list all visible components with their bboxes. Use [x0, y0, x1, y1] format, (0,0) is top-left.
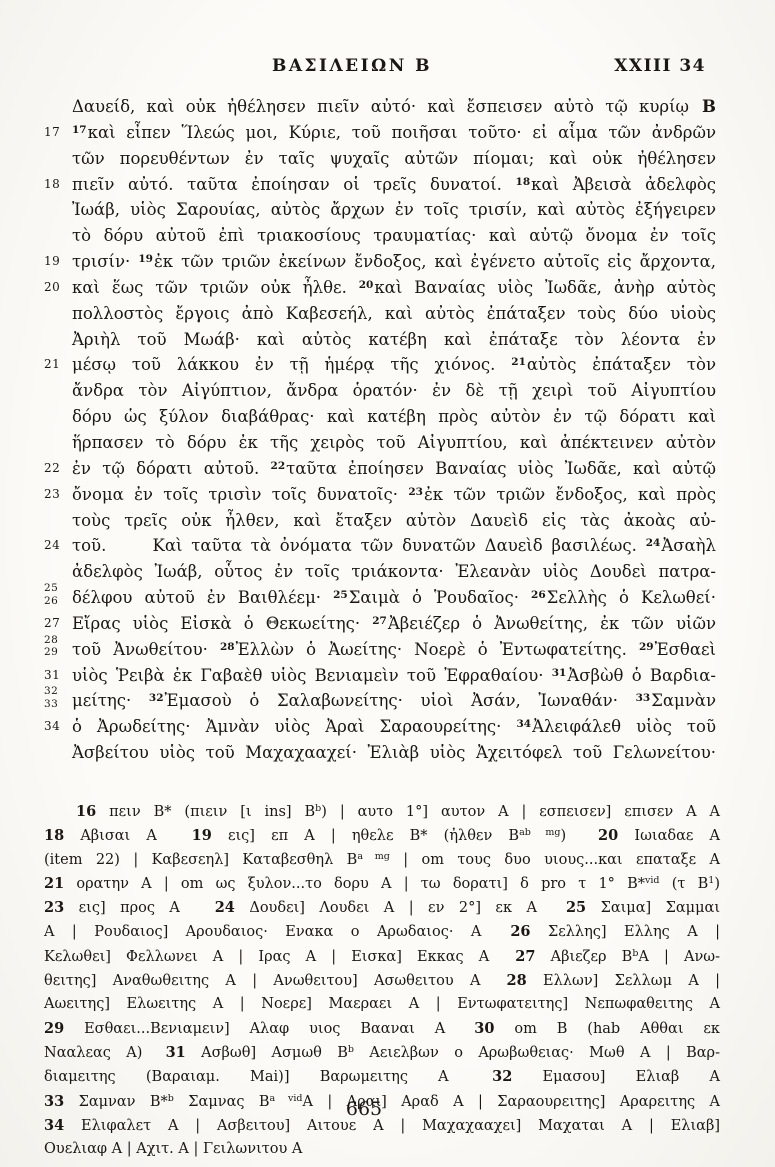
apparatus-line: Νααλεας Α)31 Ασβωθ] Ασμωθ Βb Αειελβων ο … — [44, 1041, 720, 1065]
superscript-note: 29 — [639, 641, 654, 653]
superscript-note: 17 — [72, 124, 87, 136]
superscript-note: 32 — [149, 692, 164, 704]
margin-verse-number: 24 — [44, 534, 70, 556]
greek-text-line: Ἀσβείτου υἱὸς τοῦ Μαχαχααχεί· Ἐλιὰβ υἱὸς… — [72, 740, 716, 766]
greek-text-line: 3233μείτης· 32Ἐμασοὺ ὁ Σαλαβωνείτης· υἱο… — [72, 688, 716, 714]
greek-text-line: 27Εἴρας υἱὸς Εἰσκὰ ὁ Θεκωείτης· 27Ἀβειέζ… — [72, 611, 716, 637]
greek-text-line: τὸ δόρυ αὐτοῦ ἐπὶ τριακοσίους τραυματίας… — [72, 223, 716, 249]
apparatus-verse-number: 31 — [166, 1044, 186, 1061]
superscript-note: 26 — [531, 589, 546, 601]
entry-gap — [481, 935, 510, 936]
apparatus-line: 18 Αβισαι Α19 εις] επ Α | ηθελε Β* (ἠλθε… — [44, 824, 720, 848]
superscript-note: b — [632, 948, 638, 959]
apparatus-line: 29 Εσθαει...Βενιαμειν] Αλαφ υιος Βααναι … — [44, 1017, 720, 1041]
margin-verse-number: 18 — [44, 173, 70, 195]
superscript-note: 1 — [708, 875, 714, 886]
apparatus-verse-number: 29 — [44, 1020, 64, 1037]
apparatus-line: 16 πειν Β* (πιειν [ι ins] Βb) | αυτο 1°]… — [44, 800, 720, 824]
apparatus-verse-number: 25 — [566, 899, 586, 916]
apparatus-line: (item 22) | Καβεσεηλ] Καταβεσθηλ Βa mg |… — [44, 849, 720, 872]
superscript-note: 34 — [516, 718, 531, 730]
margin-verse-number: 2526 — [44, 582, 70, 607]
book-title: ΒΑΣΙΛΕΙΩΝ Β — [14, 56, 690, 76]
entry-gap — [180, 911, 215, 912]
margin-verse-number: 19 — [44, 250, 70, 272]
entry-gap — [480, 984, 506, 985]
margin-verse-number: 22 — [44, 457, 70, 479]
apparatus-line: Κελωθει] Φελλωνει Α | Ιρας Α | Εισκα] Εκ… — [44, 945, 720, 969]
apparatus-verse-number: 27 — [515, 948, 535, 965]
greek-text-line: ἄνδρα τὸν Αἰγύπτιον, ἄνδρα ὁρατόν· ἐν δὲ… — [72, 378, 716, 404]
greek-text-line: 34ὁ Ἀρωδείτης· Ἀμνὰν υἱὸς Ἀραὶ Σαραουρεί… — [72, 714, 716, 740]
superscript-note: 24 — [646, 537, 661, 549]
superscript-note: 22 — [271, 460, 286, 472]
entry-gap — [537, 911, 566, 912]
margin-verse-number: 23 — [44, 483, 70, 505]
margin-verse-number: 21 — [44, 353, 70, 375]
greek-text-line: 2526δέλφου αὐτοῦ ἐν Βαιθλέεμ· 25Σαιμὰ ὁ … — [72, 585, 716, 611]
greek-text-line: Ἰωάβ, υἱὸς Σαρουίας, αὐτὸς ἄρχων ἐν τοῖς… — [72, 197, 716, 223]
entry-gap — [106, 550, 152, 551]
apparatus-verse-number: 18 — [44, 827, 64, 844]
manuscript-siglum: Β — [702, 94, 716, 120]
greek-text-line: 1717καὶ εἶπεν Ἵλεώς μοι, Κύριε, τοῦ ποιῆ… — [72, 120, 716, 146]
apparatus-verse-number: 32 — [492, 1068, 512, 1085]
greek-text-line: ἀδελφὸς Ἰωάβ, οὗτος ἐν τοῖς τριάκοντα· Ἐ… — [72, 559, 716, 585]
apparatus-line: Α | Ρουδαιος] Αρουδαιος· Ενακα ο Αρωδαιο… — [44, 920, 720, 944]
apparatus-line: Αωειτης] Ελωειτης Α | Νοερε] Μαεραει Α |… — [44, 993, 720, 1016]
margin-verse-number: 31 — [44, 664, 70, 686]
superscript-note: ab mg — [519, 827, 560, 838]
greek-text-line: τοὺς τρεῖς οὐκ ἦλθεν, καὶ ἔταξεν αὐτὸν Δ… — [72, 508, 716, 534]
greek-text-line: 31υἱὸς Ῥειβὰ ἐκ Γαβαὲθ υἱὸς Βενιαμεὶν το… — [72, 663, 716, 689]
greek-text-line: 24τοῦ.Καὶ ταῦτα τὰ ὀνόματα τῶν δυνατῶν Δ… — [72, 533, 716, 559]
superscript-note: 33 — [636, 692, 651, 704]
page-footer: 665 — [26, 1098, 702, 1120]
apparatus-verse-number: 23 — [44, 899, 64, 916]
superscript-note: 21 — [511, 356, 526, 368]
superscript-note: 25 — [333, 589, 348, 601]
entry-gap — [449, 1080, 493, 1081]
greek-text-line: πολλοστὸς ἔργοις ἀπὸ Καβεσεήλ, καὶ αὐτὸς… — [72, 301, 716, 327]
apparatus-verse-number: 26 — [510, 923, 530, 940]
superscript-note: 18 — [516, 176, 531, 188]
apparatus-line: 21 ορατην Α | om ως ξυλον...το δορυ Α | … — [44, 872, 720, 896]
greek-text-line: 21μέσῳ τοῦ λάκκου ἐν τῇ ἡμέρᾳ τῆς χιόνος… — [72, 352, 716, 378]
margin-verse-number: 27 — [44, 612, 70, 634]
apparatus-verse-number: 21 — [44, 875, 64, 892]
greek-text-line: Δαυείδ, καὶ οὐκ ἠθέλησεν πιεῖν αὐτό· καὶ… — [72, 94, 716, 120]
apparatus-verse-number: 28 — [507, 972, 527, 989]
superscript-note: 28 — [220, 641, 235, 653]
apparatus-line: θειτης] Αναθωθειτης Α | Ανωθειτου] Ασωθε… — [44, 969, 720, 993]
superscript-note: 31 — [552, 667, 567, 679]
margin-verse-number: 20 — [44, 276, 70, 298]
apparatus-verse-number: 19 — [192, 827, 212, 844]
superscript-note: b — [315, 803, 321, 814]
greek-text-line: 22ἐν τῷ δόρατι αὐτοῦ. 22ταῦτα ἐποίησεν Β… — [72, 456, 716, 482]
greek-text-line: δόρυ ὡς ξύλον διαβάθρας· καὶ κατέβη πρὸς… — [72, 404, 716, 430]
entry-gap — [445, 1032, 474, 1033]
greek-text-line: 20καὶ ἕως τῶν τριῶν οὐκ ἦλθε. 20καὶ Βανα… — [72, 275, 716, 301]
chapter-verse-reference: XXIII 34 — [614, 56, 706, 76]
greek-text-line: 18πιεῖν αὐτό. ταῦτα ἐποίησαν οἱ τρεῖς δυ… — [72, 172, 716, 198]
superscript-note: 23 — [408, 486, 423, 498]
apparatus-verse-number: 24 — [215, 899, 235, 916]
greek-text-line: ἥρπασεν τὸ δόρυ ἐκ τῆς χειρὸς τοῦ Αἰγυπτ… — [72, 430, 716, 456]
running-header: ΒΑΣΙΛΕΙΩΝ Β XXIII 34 — [44, 56, 720, 80]
page-number: 665 — [346, 1098, 382, 1120]
margin-verse-number: 17 — [44, 121, 70, 143]
apparatus-verse-number: 16 — [76, 803, 96, 820]
greek-text-line: 19τρισίν· 19ἐκ τῶν τριῶν ἐκείνων ἔνδοξος… — [72, 249, 716, 275]
superscript-note: 27 — [372, 615, 387, 627]
margin-verse-number: 3233 — [44, 685, 70, 710]
greek-text-line: Ἀριὴλ τοῦ Μωάβ· καὶ αὐτὸς κατέβη καὶ ἐπά… — [72, 327, 716, 353]
entry-gap — [142, 1056, 165, 1057]
margin-verse-number: 34 — [44, 715, 70, 737]
greek-text-line: 23ὄνομα ἐν τοῖς τρισὶν τοῖς δυνατοῖς· 23… — [72, 482, 716, 508]
greek-text-line: τῶν πορευθέντων ἐν ταῖς ψυχαῖς αὐτῶν πίο… — [72, 146, 716, 172]
entry-gap — [566, 839, 598, 840]
apparatus-line: διαμειτης (Βαραιαμ. Mai)] Βαρωμειτης Α32… — [44, 1065, 720, 1089]
apparatus-verse-number: 20 — [598, 827, 618, 844]
apparatus-line: Ουελιαφ Α | Αχιτ. Α | Γειλωνιτου Α — [44, 1138, 720, 1161]
greek-main-text: Δαυείδ, καὶ οὐκ ἠθέλησεν πιεῖν αὐτό· καὶ… — [72, 94, 716, 766]
greek-text-line: 2829τοῦ Ἀνωθείτου· 28Ἐλλὼν ὁ Ἀωείτης· Νο… — [72, 637, 716, 663]
margin-verse-number: 2829 — [44, 634, 70, 659]
superscript-note: vid — [645, 875, 660, 886]
superscript-note: b — [348, 1044, 354, 1055]
superscript-note: a mg — [357, 851, 390, 862]
superscript-note: 20 — [359, 279, 374, 291]
apparatus-verse-number: 30 — [474, 1020, 494, 1037]
book-page: ΒΑΣΙΛΕΙΩΝ Β XXIII 34 Δαυείδ, καὶ οὐκ ἠθέ… — [0, 0, 775, 1167]
superscript-note: 19 — [138, 253, 153, 265]
entry-gap — [157, 839, 192, 840]
entry-gap — [489, 960, 515, 961]
apparatus-line: 23 εις] προς Α24 Δουδει] Λουδει Α | εν 2… — [44, 896, 720, 920]
